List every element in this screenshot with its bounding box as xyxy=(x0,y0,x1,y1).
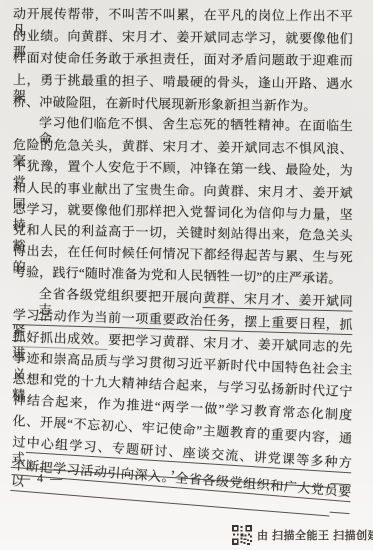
text-segment: 过 xyxy=(12,434,27,450)
text-line: 桥、冲破险阻，在新时代展现新形象新担当新作为。 xyxy=(13,94,353,115)
scanner-watermark: 由 扫描全能王 扫描创建 xyxy=(232,525,373,545)
page-number: — 4 — xyxy=(18,471,64,486)
text-segment: 样面对使命任务敢于承担责任，面对矛盾问题敢于迎难而 xyxy=(13,50,353,68)
underline-stroke-extension xyxy=(330,510,350,514)
text-segment: 全省各级党组织要把开展向 xyxy=(39,286,203,305)
qr-code-icon xyxy=(232,525,252,545)
text-line: 样面对使命任务敢于承担责任，面对矛盾问题敢于迎难而 xyxy=(13,50,353,69)
watermark-text: 由 扫描全能王 扫描创建 xyxy=(257,527,373,543)
scanned-document-page: 动开展传帮带，不叫苦不叫累，在平凡的岗位上作出不平凡的业绩。向黄群、宋月才、姜开… xyxy=(0,0,373,550)
underlined-text: 抓好抓出成效。 xyxy=(12,329,108,349)
text-segment: 桥、冲破险阻，在新时代展现新形象新担当新作为。 xyxy=(13,94,317,113)
